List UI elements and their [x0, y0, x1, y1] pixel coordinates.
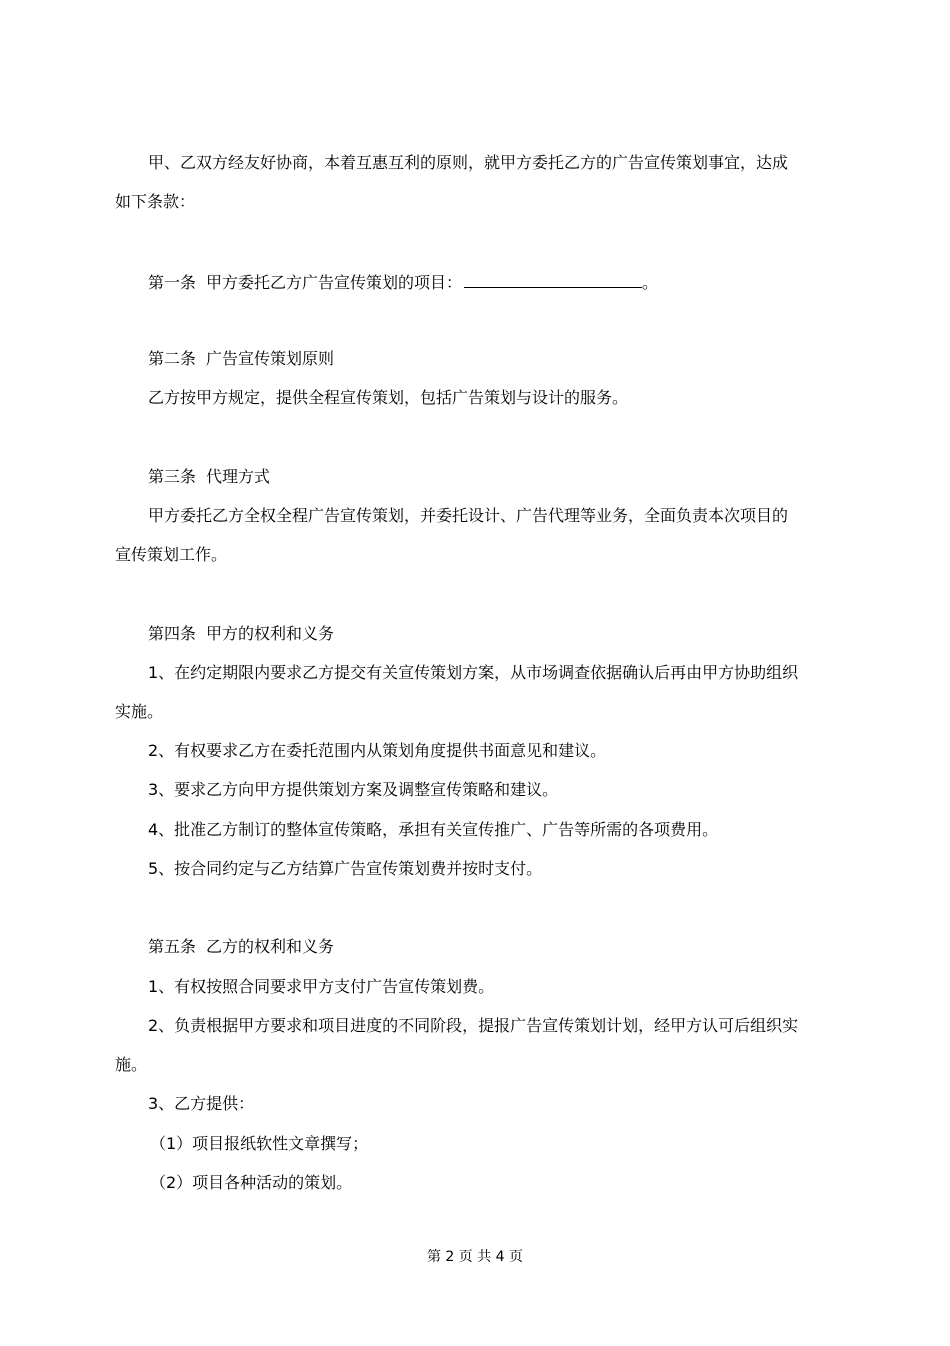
article-2-title: 广告宣传策划原则 [206, 349, 334, 368]
article-4-item-1-line-2: 实施。 [115, 702, 163, 722]
article-5-heading: 第五条乙方的权利和义务 [148, 937, 334, 957]
article-3-heading: 第三条代理方式 [148, 467, 270, 487]
article-4-heading: 第四条甲方的权利和义务 [148, 624, 334, 644]
article-3-body-line-2: 宣传策划工作。 [115, 545, 227, 565]
page-number-footer: 第 2 页 共 4 页 [0, 1248, 950, 1266]
article-5-subitem-2: （2）项目各种活动的策划。 [150, 1173, 352, 1193]
article-4-item-5: 5、按合同约定与乙方结算广告宣传策划费并按时支付。 [148, 859, 542, 879]
article-4-number: 第四条 [148, 624, 196, 643]
article-2-number: 第二条 [148, 349, 196, 368]
article-2-body: 乙方按甲方规定，提供全程宣传策划，包括广告策划与设计的服务。 [148, 388, 628, 408]
article-1-number: 第一条 [148, 273, 196, 292]
article-5-title: 乙方的权利和义务 [206, 937, 334, 956]
article-1-title: 甲方委托乙方广告宣传策划的项目： [206, 273, 462, 292]
article-4-title: 甲方的权利和义务 [206, 624, 334, 643]
article-3-number: 第三条 [148, 467, 196, 486]
article-5-item-2-line-1: 2、负责根据甲方要求和项目进度的不同阶段，提报广告宣传策划计划，经甲方认可后组织… [148, 1016, 798, 1036]
document-page: 甲、乙双方经友好协商，本着互惠互利的原则，就甲方委托乙方的广告宣传策划事宜，达成… [0, 0, 950, 1346]
article-5-item-3: 3、乙方提供： [148, 1094, 254, 1114]
article-1-end: 。 [642, 273, 658, 292]
article-3-body-line-1: 甲方委托乙方全权全程广告宣传策划，并委托设计、广告代理等业务，全面负责本次项目的 [148, 506, 788, 526]
article-4-item-1-line-1: 1、在约定期限内要求乙方提交有关宣传策划方案，从市场调查依据确认后再由甲方协助组… [148, 663, 798, 683]
intro-line-2: 如下条款： [115, 192, 195, 212]
article-5-subitem-1: （1）项目报纸软性文章撰写； [150, 1134, 368, 1154]
article-5-item-2-line-2: 施。 [115, 1055, 147, 1075]
article-2-heading: 第二条广告宣传策划原则 [148, 349, 334, 369]
intro-line-1: 甲、乙双方经友好协商，本着互惠互利的原则，就甲方委托乙方的广告宣传策划事宜，达成 [148, 153, 788, 173]
article-5-number: 第五条 [148, 937, 196, 956]
article-4-item-4: 4、批准乙方制订的整体宣传策略，承担有关宣传推广、广告等所需的各项费用。 [148, 820, 718, 840]
article-5-item-1: 1、有权按照合同要求甲方支付广告宣传策划费。 [148, 977, 494, 997]
article-4-item-3: 3、要求乙方向甲方提供策划方案及调整宣传策略和建议。 [148, 780, 558, 800]
article-4-item-2: 2、有权要求乙方在委托范围内从策划角度提供书面意见和建议。 [148, 741, 606, 761]
article-3-title: 代理方式 [206, 467, 270, 486]
article-1: 第一条甲方委托乙方广告宣传策划的项目：。 [148, 271, 658, 293]
project-blank-field [464, 271, 642, 288]
